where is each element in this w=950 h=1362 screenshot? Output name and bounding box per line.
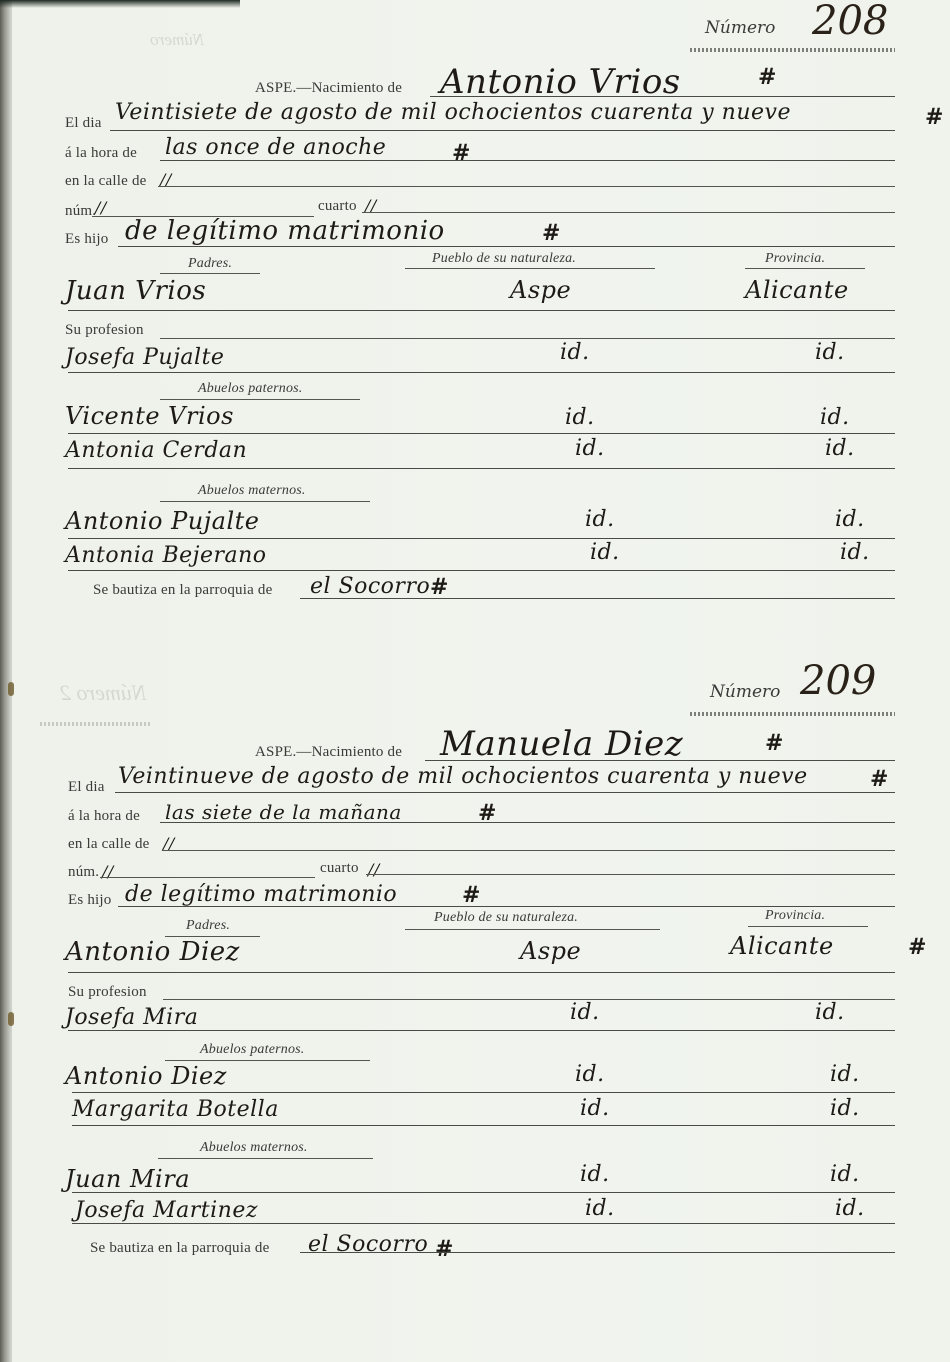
paternal-grandmother-province: id. [825,436,855,461]
paternal-grandmother-town: id. [580,1096,610,1121]
rule [68,1030,895,1031]
rule [745,268,865,269]
pueblo-header: Pueblo de su naturaleza. [434,910,578,926]
birth-time: las once de anoche [165,135,386,160]
bleed-through-text: Número [150,30,204,50]
maternal-grandfather-town: id. [585,507,615,532]
cancel-mark: # [908,934,926,960]
room: // [368,860,380,879]
calle-label: en la calle de [68,836,150,853]
rule [300,1252,895,1253]
numero-label: Número [705,18,775,38]
cancel-mark: # [758,64,776,90]
father-name: Juan Vrios [65,276,206,306]
numero-underline [690,712,895,716]
rule [162,850,895,851]
maternal-grandfather-province: id. [835,507,865,532]
bautiza-label: Se bautiza en la parroquia de [93,582,272,599]
bleed-through-text: Número 2 [60,680,147,706]
header-label: ASPE.—Nacimiento de [255,80,402,97]
rule [115,792,895,793]
cancel-mark: # [765,730,783,756]
mother-name: Josefa Pujalte [65,345,224,370]
mother-province: id. [815,1000,845,1025]
rule [72,1223,895,1224]
paternal-grandmother-name: Antonia Cerdan [65,438,247,463]
abuelos-maternos-header: Abuelos maternos. [200,1140,308,1156]
paternal-grandfather-province: id. [830,1062,860,1087]
abuelos-maternos-header: Abuelos maternos. [198,483,306,499]
father-town: Aspe [510,276,571,304]
maternal-grandfather-name: Antonio Pujalte [65,507,259,535]
rule [158,1158,373,1159]
paternal-grandfather-province: id. [820,405,850,430]
maternal-grandmother-province: id. [840,540,870,565]
rule [68,433,895,434]
bleed-through-rule [40,722,150,726]
rule [160,273,260,274]
parish: el Socorro [308,1232,428,1257]
book-binding-edge [0,0,12,1362]
hora-label: á la hora de [68,808,140,825]
father-province: Alicante [745,276,849,304]
rule [160,501,370,502]
paternal-grandmother-town: id. [575,436,605,461]
paternal-grandfather-name: Vicente Vrios [65,402,234,430]
record-number: 208 [812,0,888,44]
legitimacy: de legítimo matrimonio [125,882,397,907]
rule [158,186,895,187]
rule [163,999,895,1000]
cuarto-label: cuarto [318,198,357,215]
rule [366,874,895,875]
rule [160,399,360,400]
rule [72,1125,895,1126]
parish: el Socorro [310,574,430,599]
abuelos-paternos-header: Abuelos paternos. [198,381,303,397]
maternal-grandmother-name: Antonia Bejerano [65,543,267,568]
rule [72,1192,895,1193]
rule [68,570,895,571]
rule [118,246,895,247]
dia-label: El dia [65,115,102,132]
cancel-mark: # [430,574,448,600]
paternal-grandfather-town: id. [575,1062,605,1087]
maternal-grandfather-town: id. [580,1162,610,1187]
rule [110,130,895,131]
mother-province: id. [815,340,845,365]
num-label: núm. [65,203,96,220]
rule [68,972,895,973]
cancel-mark: # [452,140,470,166]
binding-mark [8,1012,14,1026]
cancel-mark: # [435,1236,453,1262]
mother-town: id. [560,340,590,365]
paternal-grandmother-name: Margarita Botella [72,1097,279,1122]
mother-town: id. [570,1000,600,1025]
rule [300,598,895,599]
pueblo-header: Pueblo de su naturaleza. [432,251,576,267]
provincia-header: Provincia. [765,251,825,267]
legitimacy: de legítimo matrimonio [125,216,445,246]
father-town: Aspe [520,937,581,965]
rule [430,96,895,97]
paternal-grandfather-name: Antonio Diez [65,1062,227,1090]
rule [68,538,895,539]
numero-underline [690,48,895,52]
abuelos-paternos-header: Abuelos paternos. [200,1042,305,1058]
profesion-label: Su profesion [68,984,147,1001]
rule [362,212,895,213]
cuarto-label: cuarto [320,860,359,877]
bautiza-label: Se bautiza en la parroquia de [90,1240,269,1257]
rule [118,906,895,907]
maternal-grandfather-province: id. [830,1162,860,1187]
child-name: Manuela Diez [440,724,683,764]
binding-mark [8,682,14,696]
rule [100,877,315,878]
rule [68,310,895,311]
maternal-grandfather-name: Juan Mira [65,1165,190,1193]
es-hijo-label: Es hijo [65,231,109,248]
cancel-mark: # [462,882,480,908]
calle-label: en la calle de [65,173,147,190]
cancel-mark: # [925,104,943,130]
rule [68,372,895,373]
dia-label: El dia [68,779,105,796]
house-number: // [95,198,107,217]
paternal-grandmother-province: id. [830,1096,860,1121]
cancel-mark: # [542,220,560,246]
birth-date: Veintinueve de agosto de mil ochocientos… [118,764,808,789]
maternal-grandmother-town: id. [585,1196,615,1221]
rule [165,1060,370,1061]
rule [68,468,895,469]
es-hijo-label: Es hijo [68,892,112,909]
rule [160,338,895,339]
cancel-mark: # [870,766,888,792]
maternal-grandmother-province: id. [835,1196,865,1221]
birth-date: Veintisiete de agosto de mil ochocientos… [115,100,791,125]
padres-header: Padres. [188,256,232,272]
father-name: Antonio Diez [65,937,240,967]
rule [405,268,655,269]
paternal-grandfather-town: id. [565,405,595,430]
padres-header: Padres. [186,918,230,934]
rule [425,760,895,761]
maternal-grandmother-name: Josefa Martinez [75,1198,258,1223]
numero-label: Número [710,682,780,702]
profesion-label: Su profesion [65,322,144,339]
register-page: Número Número 2 Número 208 ASPE.—Nacimie… [0,0,950,1362]
page-top-shadow [0,0,240,8]
record-number: 209 [800,658,876,704]
birth-time: las siete de la mañana [165,800,402,824]
hora-label: á la hora de [65,145,137,162]
maternal-grandmother-town: id. [590,540,620,565]
rule [160,822,895,823]
rule [748,926,868,927]
header-label: ASPE.—Nacimiento de [255,744,402,761]
rule [160,160,895,161]
provincia-header: Provincia. [765,908,825,924]
rule [405,929,660,930]
father-province: Alicante [730,932,834,960]
rule [72,1092,895,1093]
num-label: núm. [68,864,99,881]
house-number: // [102,862,114,881]
mother-name: Josefa Mira [65,1005,198,1030]
